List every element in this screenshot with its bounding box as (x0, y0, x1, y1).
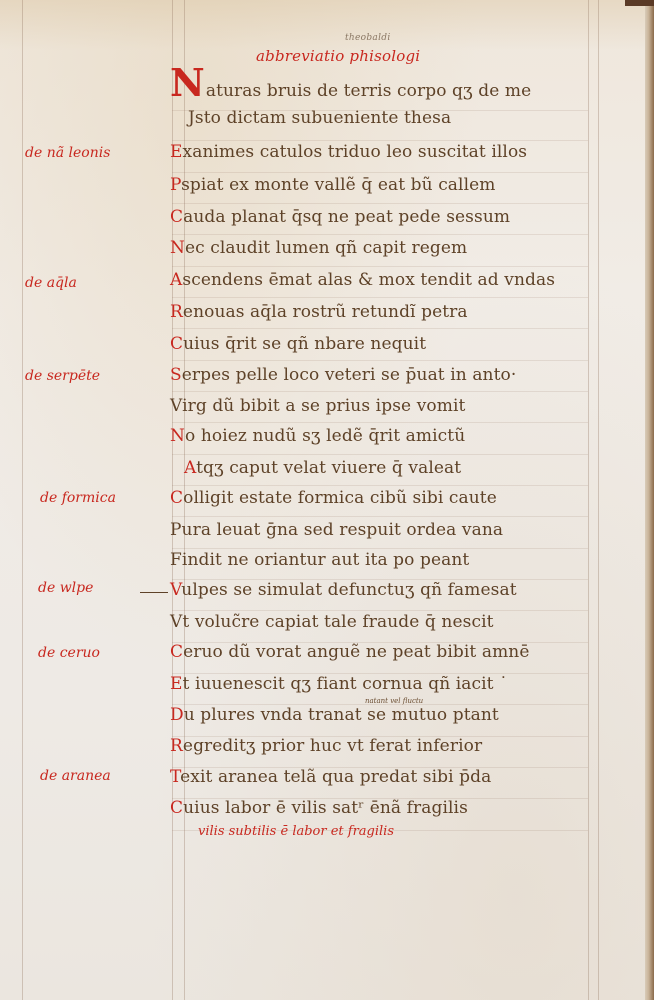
verse-text: olligit estate formica cibũ sibi caute (183, 488, 497, 508)
verse-line: Atqʒ caput velat viuere q̄ valeat (184, 458, 461, 478)
page-title: abbreviatio phisologi (256, 47, 420, 65)
verse-line: Serpes pelle loco veteri se p̄uat in ant… (170, 365, 516, 385)
ruling-line (172, 360, 588, 361)
verse-line: Cuius labor ē vilis satʳ ēnã fragilis (170, 798, 468, 818)
verse-text: irg dũ bibit a se prius ipse vomit (182, 396, 465, 416)
verse-text: uius q̄rit se qñ nbare nequit (183, 334, 426, 354)
initial-letter: C (170, 642, 183, 662)
verse-text: erpes pelle loco veteri se p̄uat in anto… (182, 365, 517, 385)
ruling-line (172, 548, 588, 549)
verse-line: Findit ne oriantur aut ita po peant (170, 550, 469, 570)
verse-line: Vulpes se simulat defunctuʒ qñ famesat (170, 580, 517, 600)
manuscript-page: theobaldi abbreviatio phisologi Naturas … (0, 0, 645, 1000)
initial-letter: T (170, 767, 180, 787)
verse-text: auda planat q̄sq ne peat pede sessum (183, 207, 510, 227)
rubric-de-vulpe: de wlpe (38, 580, 93, 596)
initial-letter: N (170, 426, 185, 446)
initial-letter: A (170, 270, 182, 290)
verse-line: Ceruo dũ vorat anguẽ ne peat bibit amn… (170, 642, 530, 662)
verse-text: o hoiez nudũ sʒ ledẽ q̄rit amictũ (185, 426, 465, 446)
rubric-de-ceruo: de ceruo (38, 645, 100, 661)
ruling-line (172, 266, 588, 267)
rubric-de-aranea: de aranea (40, 768, 111, 784)
initial-letter: C (170, 334, 183, 354)
ruling-line (172, 391, 588, 392)
initial-letter: N (170, 60, 205, 105)
initial-letter: R (170, 736, 183, 756)
ruling-line (172, 610, 588, 611)
verse-line: No hoiez nudũ sʒ ledẽ q̄rit amictũ (170, 426, 465, 446)
initial-letter: D (170, 705, 184, 725)
verse-text: xanimes catulos triduo leo suscitat illo… (183, 142, 528, 162)
verse-line: Naturas bruis de terris corpo qʒ de me (170, 68, 531, 101)
verse-text: uius labor ē vilis satʳ ēnã fragilis (183, 798, 468, 818)
pointer-stroke (140, 592, 168, 593)
verse-line: Exanimes catulos triduo leo suscitat ill… (170, 142, 527, 162)
initial-letter: V (170, 612, 182, 632)
ruling-line (172, 234, 588, 235)
ruling-line (172, 516, 588, 517)
verse-text: ec claudit lumen qñ capit regem (185, 238, 467, 258)
verse-text: t iuuenescit qʒ fiant cornua qñ iacit ˙ (183, 674, 508, 694)
verse-line: Vt voluc̃re capiat tale fraude q̄ nescit (170, 612, 494, 632)
verse-text: ulpes se simulat defunctuʒ qñ famesat (181, 580, 516, 600)
verse-text: u plures vnda tranat se mutuo ptant (184, 705, 499, 725)
text-right-rule (588, 0, 589, 1000)
verse-line: Du plures vnda tranat se mutuo ptant (170, 705, 499, 725)
verse-line: Cauda planat q̄sq ne peat pede sessum (170, 207, 510, 227)
ruling-line (172, 328, 588, 329)
verse-line: Virg dũ bibit a se prius ipse vomit (170, 396, 465, 416)
verse-text: eruo dũ vorat anguẽ ne peat bibit amne… (183, 642, 529, 662)
interlinear-gloss: natant vel fluctu (365, 697, 423, 705)
text-right-rule-outer (598, 0, 599, 1000)
margin-rule (22, 0, 23, 1000)
initial-letter: S (170, 365, 182, 385)
title-gloss: theobaldi (345, 33, 391, 43)
verse-line: Pura leuat ḡna sed respuit ordea vana (170, 520, 503, 540)
ruling-line (172, 203, 588, 204)
verse-line: Regreditʒ prior huc vt ferat inferior (170, 736, 482, 756)
initial-letter: C (170, 488, 183, 508)
verse-text: tqʒ caput velat viuere q̄ valeat (196, 458, 461, 478)
initial-letter: C (170, 798, 183, 818)
verse-text: ura leuat ḡna sed respuit ordea vana (182, 520, 504, 540)
initial-letter: C (170, 207, 183, 227)
red-gloss: vilis subtilis ē labor et fragilis (198, 824, 394, 839)
verse-line: Cuius q̄rit se qñ nbare nequit (170, 334, 426, 354)
verse-line: Jsto dictam subueniente thesa (188, 108, 451, 128)
rubric-de-formica: de formica (40, 490, 116, 506)
verse-line: Renouas aq̄la rostrũ retundĩ petra (170, 302, 468, 322)
verse-line: Pspiat ex monte vallẽ q̄ eat bũ callem (170, 175, 496, 195)
rubric-de-natura-leonis: de nã leonis (25, 145, 110, 161)
verse-text: spiat ex monte vallẽ q̄ eat bũ callem (181, 175, 495, 195)
page-edge (645, 0, 654, 1000)
ruling-line (172, 422, 588, 423)
initial-letter: R (170, 302, 183, 322)
ruling-line (172, 297, 588, 298)
verse-text: enouas aq̄la rostrũ retundĩ petra (183, 302, 468, 322)
initial-letter: P (170, 175, 181, 195)
rubric-de-serpente: de serpēte (25, 368, 100, 384)
verse-line: Colligit estate formica cibũ sibi caute (170, 488, 497, 508)
verse-text: indit ne oriantur aut ita po peant (182, 550, 469, 570)
ruling-line (172, 140, 588, 141)
initial-letter: E (170, 142, 183, 162)
verse-text: Jsto dictam subueniente thesa (188, 108, 451, 128)
initial-letter: V (170, 580, 181, 600)
verse-line: Et iuuenescit qʒ fiant cornua qñ iacit … (170, 674, 508, 694)
ruling-line (172, 172, 588, 173)
verse-text: egreditʒ prior huc vt ferat inferior (183, 736, 482, 756)
initial-letter: A (184, 458, 196, 478)
initial-letter: F (170, 550, 182, 570)
initial-letter: V (170, 396, 182, 416)
verse-line: Nec claudit lumen qñ capit regem (170, 238, 467, 258)
rubric-de-aquila: de aq̄la (25, 275, 77, 291)
verse-text: exit aranea telã qua predat sibi p̄da (180, 767, 491, 787)
ruling-line (172, 454, 588, 455)
verse-text: aturas bruis de terris corpo qʒ de me (206, 81, 531, 101)
verse-text: scendens ēmat alas & mox tendit ad vnda… (182, 270, 555, 290)
initial-letter: E (170, 674, 183, 694)
verse-line: Texit aranea telã qua predat sibi p̄da (170, 767, 491, 787)
initial-letter: N (170, 238, 185, 258)
initial-letter: P (170, 520, 182, 540)
ruling-line (172, 485, 588, 486)
verse-text: t voluc̃re capiat tale fraude q̄ nescit (182, 612, 493, 632)
verse-line: Ascendens ēmat alas & mox tendit ad vnd… (170, 270, 555, 290)
